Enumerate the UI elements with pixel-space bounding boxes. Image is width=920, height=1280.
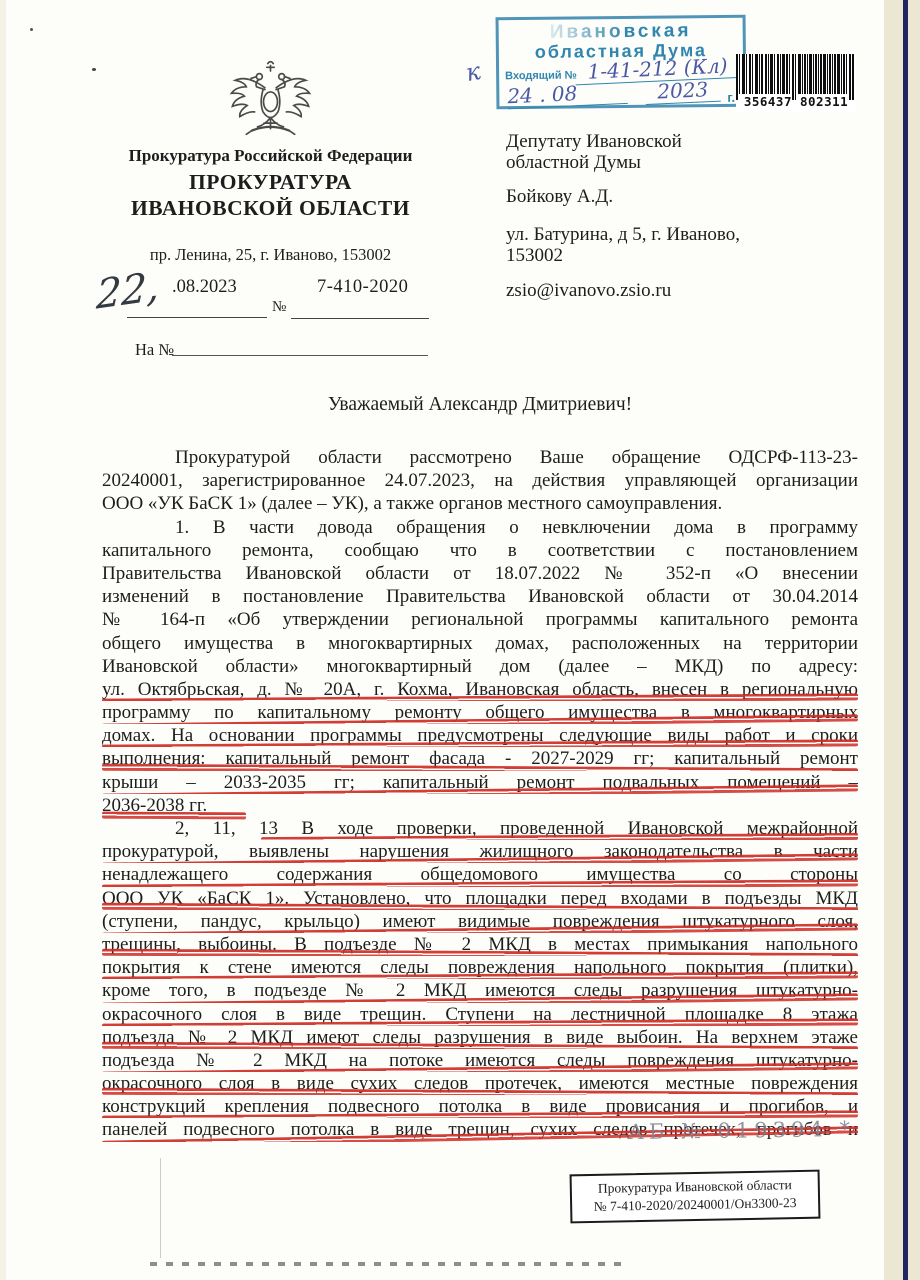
scan-speck (30, 28, 33, 31)
document-number: 7-410-2020 (317, 277, 408, 298)
body-line: капитального ремонта, сообщаю что в соот… (102, 539, 858, 562)
coat-of-arms-eagle-icon (223, 58, 318, 138)
body-line-text: общего имущества в многоквартирных домах… (102, 633, 858, 654)
body-line-text: (ступени, пандус, крыльцо) имеют видимые… (102, 911, 858, 932)
body-line: ООО «УК БаСК 1» (далее – УК), а также ор… (102, 492, 858, 515)
body-line: окрасочного слоя в виде сухих следов про… (102, 1072, 858, 1095)
body-line: выполнения: капитальный ремонт фасада - … (102, 747, 858, 770)
body-line: изменений в постановление Правительства … (102, 585, 858, 608)
body-lines: Прокуратурой области рассмотрено Ваше об… (102, 446, 858, 1142)
scanned-letter-page: Прокуратура Российской Федерации ПРОКУРА… (0, 0, 920, 1280)
form-serial-watermark: АБ № 019394 * (628, 1116, 920, 1144)
salutation: Уважаемый Александр Дмитриевич! (102, 394, 858, 416)
body-line: 2, 11, 13 В ходе проверки, проведенной И… (102, 817, 858, 840)
body-line-text: 2036-2038 гг. (102, 795, 207, 816)
handwritten-day: 22, (95, 263, 160, 319)
body-line-text: ООО УК «БаСК 1». Установлено, что площад… (102, 888, 858, 909)
org-name-line2: ИВАНОВСКОЙ ОБЛАСТИ (58, 196, 483, 221)
body-line: ООО УК «БаСК 1». Установлено, что площад… (102, 887, 858, 910)
number-blank-line (291, 318, 429, 319)
body-line: прокуратурой, выявлены нарушения жилищно… (102, 840, 858, 863)
body-line-text: № 164-п «Об утверждении региональной про… (102, 609, 858, 630)
org-name-line1: ПРОКУРАТУРА (58, 170, 483, 195)
incoming-stamp: Ивановская областная Дума Входящий № 1-4… (496, 15, 747, 110)
body-line: 1. В части довода обращения о невключени… (102, 516, 858, 539)
stamp-org-line1: Ивановская (505, 20, 737, 44)
stamp-date-day-month-handwritten: 24 . 08 (507, 79, 628, 109)
body-line: подъезда № 2 МКД на потоке имеются следы… (102, 1049, 858, 1072)
body-line-text: Ивановской области» многоквартирный дом … (102, 656, 858, 677)
paper-crease (160, 1158, 161, 1258)
body-line-text: ООО «УК БаСК 1» (далее – УК), а также ор… (102, 493, 722, 514)
body-line-text: кроме того, в подъезде № 2 МКД имеются с… (102, 980, 858, 1001)
body-line: подъезда № 2 МКД имеют следы разрушения … (102, 1026, 858, 1049)
body-line: № 164-п «Об утверждении региональной про… (102, 608, 858, 631)
body-line-text: программу по капитальному ремонту общего… (102, 702, 858, 723)
recipient-block: Депутату Ивановской областной Думы Бойко… (506, 131, 826, 301)
barcode: 356437 802311 (736, 54, 856, 112)
body-line-text: капитального ремонта, сообщаю что в соот… (102, 540, 858, 561)
recipient-address-line: ул. Батурина, д 5, г. Иваново, (506, 224, 826, 245)
body-line-text: Правительства Ивановской области от 18.0… (102, 563, 858, 584)
body-line: 2036-2038 гг. (102, 794, 858, 817)
body-line-text: изменений в постановление Правительства … (102, 586, 858, 607)
body-line-text: 1. В части довода обращения о невключени… (175, 517, 858, 538)
body-line: ул. Октябрьская, д. № 20А, г. Кохма, Ива… (102, 678, 858, 701)
body-line: кроме того, в подъезде № 2 МКД имеются с… (102, 979, 858, 1002)
body-line-text: прокуратурой, выявлены нарушения жилищно… (102, 841, 858, 862)
reply-to-blank-line (172, 355, 428, 356)
body-line-text: ненадлежащего содержания общедомового им… (102, 864, 858, 885)
body-line: домах. На основании программы предусмотр… (102, 724, 858, 747)
body-line-text: подъезда № 2 МКД имеют следы разрушения … (102, 1027, 858, 1048)
body-line-text: крыши – 2033-2035 гг; капитальный ремонт… (102, 772, 858, 793)
body-line: Правительства Ивановской области от 18.0… (102, 562, 858, 585)
body-line: общего имущества в многоквартирных домах… (102, 632, 858, 655)
body-line-text: 20240001, зарегистрированное 24.07.2023,… (102, 470, 858, 491)
paper-edge-line (903, 0, 908, 1280)
body-line-text: выполнения: капитальный ремонт фасада - … (102, 748, 858, 769)
reference-stamp-org: Прокуратура Ивановской области (576, 1177, 814, 1198)
body-line-text: подъезда № 2 МКД на потоке имеются следы… (102, 1050, 858, 1071)
cutoff-next-line-artifact (150, 1262, 625, 1266)
body-line: (ступени, пандус, крыльцо) имеют видимые… (102, 910, 858, 933)
body-line-text: конструкций крепления подвесного потолка… (102, 1096, 858, 1117)
handwritten-k-mark: к (464, 57, 483, 87)
body-line: 20240001, зарегистрированное 24.07.2023,… (102, 469, 858, 492)
body-line-text: Прокуратурой области рассмотрено Ваше об… (175, 447, 858, 468)
recipient-address-line: 153002 (506, 245, 826, 266)
org-federation-line: Прокуратура Российской Федерации (58, 146, 483, 166)
number-sign: № (272, 299, 286, 316)
body-line-text: трещины, выбоины. В подъезде № 2 МКД в м… (102, 934, 858, 955)
barcode-number: 356437 802311 (736, 94, 856, 109)
body-line: Ивановской области» многоквартирный дом … (102, 655, 858, 678)
stamp-year-suffix: г. (727, 90, 735, 105)
body-line-text: покрытия к стене имеются следы поврежден… (102, 957, 858, 978)
body-line-text: домах. На основании программы предусмотр… (102, 725, 858, 746)
stamp-date-year-handwritten: 2023 (645, 77, 721, 105)
date-blank-line (127, 317, 267, 318)
stamp-incoming-label: Входящий № (505, 69, 577, 82)
body-line: программу по капитальному ремонту общего… (102, 701, 858, 724)
body-line-text: окрасочного слоя в виде трещин. Ступени … (102, 1004, 858, 1025)
reply-to-label: На № (135, 340, 174, 360)
body-line: окрасочного слоя в виде трещин. Ступени … (102, 1003, 858, 1026)
body-line-text: 2, 11, 13 В ходе проверки, проведенной И… (175, 818, 858, 839)
printed-date: .08.2023 (172, 277, 237, 298)
recipient-line: Депутату Ивановской (506, 131, 826, 152)
paper-edge-right (884, 0, 920, 1280)
body-line-text: окрасочного слоя в виде сухих следов про… (102, 1073, 858, 1094)
org-address: пр. Ленина, 25, г. Иваново, 153002 (58, 245, 483, 265)
body-line-text: ул. Октябрьская, д. № 20А, г. Кохма, Ива… (102, 679, 858, 700)
paper-edge-left (0, 0, 6, 1280)
body-line: конструкций крепления подвесного потолка… (102, 1095, 858, 1118)
body-line: ненадлежащего содержания общедомового им… (102, 863, 858, 886)
reference-stamp-number: № 7-410-2020/20240001/Он3300-23 (576, 1195, 814, 1216)
body-line: трещины, выбоины. В подъезде № 2 МКД в м… (102, 933, 858, 956)
recipient-name: Бойкову А.Д. (506, 186, 826, 207)
recipient-email: zsio@ivanovo.zsio.ru (506, 280, 826, 301)
recipient-line: областной Думы (506, 152, 826, 173)
reference-stamp-box: Прокуратура Ивановской области № 7-410-2… (570, 1170, 821, 1224)
body-line: покрытия к стене имеются следы поврежден… (102, 956, 858, 979)
body-line: Прокуратурой области рассмотрено Ваше об… (102, 446, 858, 469)
body-line: крыши – 2033-2035 гг; капитальный ремонт… (102, 771, 858, 794)
scan-speck (92, 68, 96, 71)
